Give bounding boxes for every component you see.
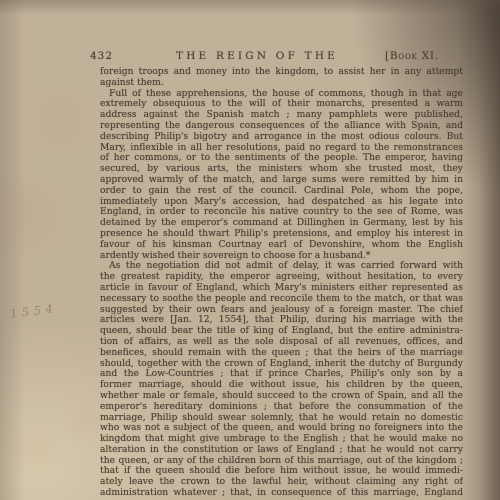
- text-line: marriage, Philip should swear solemnly, …: [100, 413, 463, 424]
- text-line: representing the dangerous consequences …: [100, 121, 463, 132]
- text-line: England, in order to reconcile his nativ…: [100, 207, 463, 218]
- text-line: queen, should bear the title of king of …: [100, 326, 463, 337]
- text-line: should, together with the crown of Engla…: [100, 359, 463, 370]
- text-line: who was not a subject of the queen, and …: [100, 423, 463, 434]
- text-line: that if the queen should die before him …: [100, 466, 463, 477]
- text-line: and the Low-Countries ; that if prince C…: [100, 369, 463, 380]
- text-line: detained by the emperor's command at Dil…: [100, 218, 463, 229]
- text-line: extremely obsequious to the will of thei…: [100, 99, 463, 110]
- text-line: presence he should thwart Philip's prete…: [100, 229, 463, 240]
- text-line: foreign troops and money into the kingdo…: [100, 67, 463, 78]
- text-line: As the negotiation did not admit of dela…: [100, 261, 463, 272]
- text-line: alteration in the constitution or laws o…: [100, 445, 463, 456]
- text-line: Mary, inflexible in all her resolutions,…: [100, 143, 463, 154]
- text-line: favour of his kinsman Courtnay earl of D…: [100, 240, 463, 251]
- page-header: 432 THE REIGN OF THE [Book XI.: [0, 50, 500, 64]
- text-line: administration whatever ; that, in conse…: [100, 488, 463, 499]
- text-line: the queen, or any of the children born o…: [100, 456, 463, 467]
- text-line: address against the Spanish match ; many…: [100, 110, 463, 121]
- text-line: of her commons, or to the sentiments of …: [100, 153, 463, 164]
- text-line: tion of affairs, as well as the sole dis…: [100, 337, 463, 348]
- text-line: articles were [Jan. 12, 1554], that Phil…: [100, 315, 463, 326]
- text-line: former marriage, should die without issu…: [100, 380, 463, 391]
- text-line: against them.: [100, 78, 463, 89]
- text-line: order to gain the rest of the council. C…: [100, 186, 463, 197]
- page-number: 432: [90, 50, 113, 62]
- text-line: describing Philip's bigotry and arroganc…: [100, 132, 463, 143]
- running-title: THE REIGN OF THE: [176, 50, 338, 62]
- text-line: approved warmly of the match, and large …: [100, 175, 463, 186]
- book-chapter-label: [Book XI.: [385, 50, 439, 62]
- text-line: secured, by various arts, the ministers …: [100, 164, 463, 175]
- text-line: necessary to soothe the people and recon…: [100, 294, 463, 305]
- book-page-photo: 432 THE REIGN OF THE [Book XI. 1554 fore…: [0, 0, 500, 500]
- text-line: emperor's hereditary dominions ; that be…: [100, 402, 463, 413]
- text-line: Full of these apprehensions, the house o…: [100, 89, 463, 100]
- text-line: ately leave the crown to the lawful heir…: [100, 477, 463, 488]
- text-line: benefices, should remain with the queen …: [100, 348, 463, 359]
- text-line: the greatest rapidity, the emperor agree…: [100, 272, 463, 283]
- text-line: whether male or female, should succeed t…: [100, 391, 463, 402]
- text-line: article in favour of England, which Mary…: [100, 283, 463, 294]
- body-text: foreign troops and money into the kingdo…: [100, 67, 463, 499]
- text-line: immediately upon Mary's accession, had d…: [100, 197, 463, 208]
- text-line: suggested by their own fears and jealous…: [100, 305, 463, 316]
- text-line: ardently wished their sovereign to choos…: [100, 251, 463, 262]
- text-line: kingdom that might give umbrage to the E…: [100, 434, 463, 445]
- handwritten-margin-note: 1554: [9, 301, 58, 321]
